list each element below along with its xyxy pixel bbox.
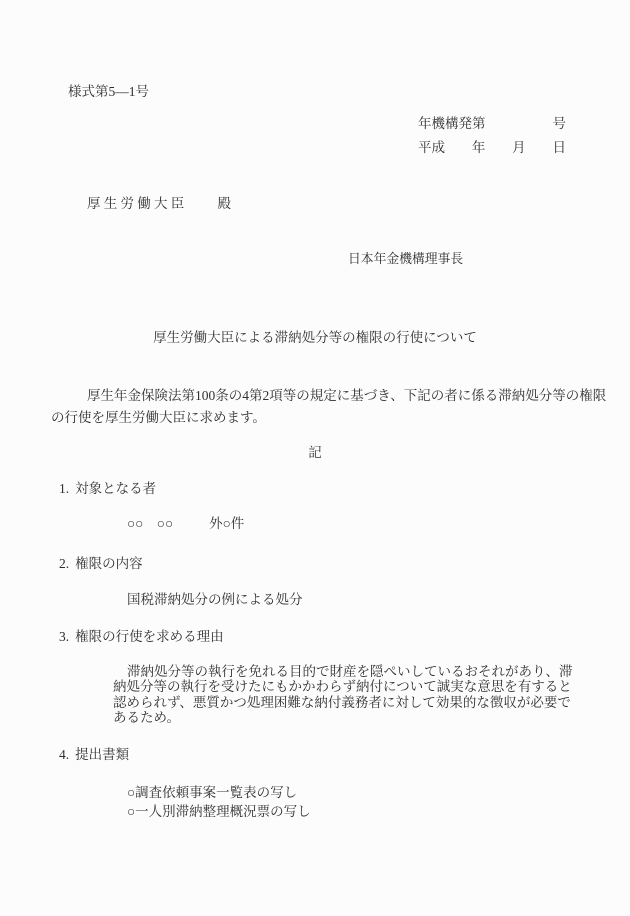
disposition-content: 国税滞納処分の例による処分 <box>127 592 303 609</box>
section-4-label: 提出書類 <box>75 747 129 764</box>
intro-paragraph: 厚生年金保険法第100条の4第2項等の規定に基づき、下記の者に係る滞納処分等の権… <box>51 385 606 428</box>
date-year-label: 年 <box>472 140 486 157</box>
section-2-number: 2. <box>59 556 69 573</box>
recipient-name: 厚生労働大臣 <box>87 196 187 213</box>
sender-title: 日本年金機構理事長 <box>348 252 463 268</box>
doc-number-suffix: 号 <box>553 116 567 133</box>
section-1-label: 対象となる者 <box>75 481 156 498</box>
section-2-label: 権限の内容 <box>75 556 143 573</box>
form-number: 様式第5―1号 <box>68 84 149 101</box>
ki-marker: 記 <box>0 445 630 462</box>
section-4-number: 4. <box>59 747 69 764</box>
reason-line-4: あるため。 <box>113 710 573 725</box>
doc-number-prefix: 年機構発第 <box>418 116 486 133</box>
section-3-heading: 3. 権限の行使を求める理由 <box>59 629 224 646</box>
reason-paragraph: 滞納処分等の執行を免れる目的で財産を隠ぺいしているおそれがあり、滞 納処分等の執… <box>113 664 573 725</box>
date-day-label: 日 <box>552 140 566 157</box>
attachment-item-1: ○調査依頼事案一覧表の写し <box>127 784 311 803</box>
subject-other-count: 外○件 <box>209 516 244 533</box>
date-era-label: 平成 <box>418 140 445 157</box>
attachments-list: ○調査依頼事案一覧表の写し ○一人別滞納整理概況票の写し <box>127 784 311 821</box>
section-1-number: 1. <box>59 481 69 498</box>
section-4-heading: 4. 提出書類 <box>59 747 129 764</box>
recipient-line: 厚生労働大臣 殿 <box>87 196 231 213</box>
attachment-item-2: ○一人別滞納整理概況票の写し <box>127 803 311 822</box>
section-3-number: 3. <box>59 629 69 646</box>
document-page: 様式第5―1号 年機構発第 号 平成 年 月 日 厚生労働大臣 殿 日本年金機構… <box>0 0 630 916</box>
document-title: 厚生労働大臣による滞納処分等の権限の行使について <box>0 330 630 347</box>
section-1-content: ○○ ○○ 外○件 <box>127 516 244 533</box>
recipient-honorific: 殿 <box>217 196 231 213</box>
reason-line-3: 認められず、悪質かつ処理困難な納付義務者に対して効果的な徴収が必要で <box>113 695 573 710</box>
date-line: 平成 年 月 日 <box>418 140 566 157</box>
section-2-heading: 2. 権限の内容 <box>59 556 143 573</box>
intro-line-1: 厚生年金保険法第100条の4第2項等の規定に基づき、下記の者に係る滞納処分等の権… <box>51 385 606 407</box>
doc-number-line: 年機構発第 号 <box>418 116 566 133</box>
reason-line-2: 納処分等の執行を受けたにもかかわらず納付について誠実な意思を有すると <box>113 679 573 694</box>
section-3-label: 権限の行使を求める理由 <box>75 629 224 646</box>
section-1-heading: 1. 対象となる者 <box>59 481 156 498</box>
subject-person-name: ○○ ○○ <box>127 516 173 533</box>
date-month-label: 月 <box>512 140 526 157</box>
intro-line-2: の行使を厚生労働大臣に求めます。 <box>51 407 606 429</box>
reason-line-1: 滞納処分等の執行を免れる目的で財産を隠ぺいしているおそれがあり、滞 <box>113 664 573 679</box>
